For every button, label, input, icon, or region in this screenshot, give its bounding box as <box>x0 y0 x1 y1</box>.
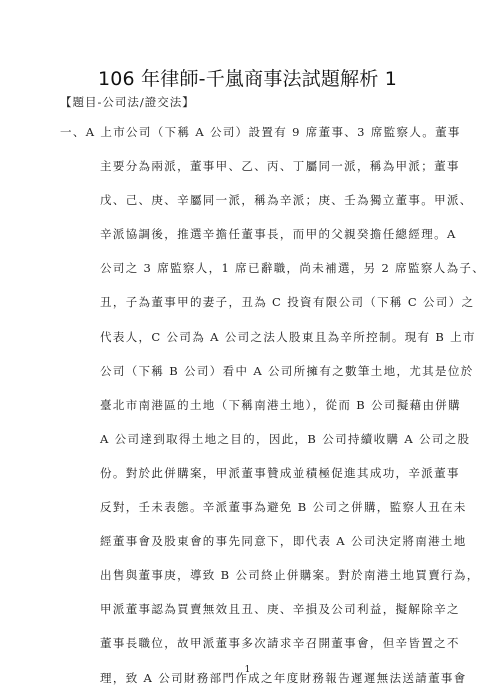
question-line: 臺北市南港區的土地（下稱南港土地），從而 B 公司擬藉由併購 <box>60 395 425 429</box>
document-page: 106 年律師-千嵐商事法試題解析 1 【題目-公司法/證交法】 一、A 上市公… <box>0 0 495 700</box>
question-body: 一、A 上市公司（下稱 A 公司）設置有 9 席董事、3 席監察人。董事 主要分… <box>60 122 425 700</box>
question-line: 公司之 3 席監察人，1 席已辭職，尚未補選，另 2 席監察人為子、 <box>60 258 425 292</box>
question-line: 董事長職位，故甲派董事多次請求辛召開董事會，但辛皆置之不 <box>60 633 425 667</box>
question-line: 公司（下稱 B 公司）看中 A 公司所擁有之數筆土地，尤其是位於 <box>60 361 425 395</box>
question-line: 甲派董事認為買賣無效且丑、庚、辛損及公司利益，擬解除辛之 <box>60 599 425 633</box>
document-title: 106 年律師-千嵐商事法試題解析 1 <box>0 66 495 92</box>
question-line: 一、A 上市公司（下稱 A 公司）設置有 9 席董事、3 席監察人。董事 <box>60 122 425 156</box>
page-number: 1 <box>0 665 495 675</box>
question-line: 份。對於此併購案，甲派董事贊成並積極促進其成功，辛派董事 <box>60 463 425 497</box>
question-line: 主要分為兩派，董事甲、乙、丙、丁屬同一派，稱為甲派；董事 <box>60 156 425 190</box>
question-category-heading: 【題目-公司法/證交法】 <box>60 94 195 110</box>
question-line: 代表人，C 公司為 A 公司之法人股東且為辛所控制。現有 B 上市 <box>60 327 425 361</box>
question-line: 出售與董事庚，導致 B 公司終止併購案。對於南港土地買賣行為， <box>60 565 425 599</box>
question-line: 丑，子為董事甲的妻子，丑為 C 投資有限公司（下稱 C 公司）之 <box>60 292 425 326</box>
question-line: 辛派協調後，推選辛擔任董事長，而甲的父親癸擔任總經理。A <box>60 224 425 258</box>
question-line: 經董事會及股東會的事先同意下，即代表 A 公司決定將南港土地 <box>60 531 425 565</box>
question-line: 反對，壬未表態。辛派董事為避免 B 公司之併購，監察人丑在未 <box>60 497 425 531</box>
question-line: 戊、己、庚、辛屬同一派，稱為辛派；庚、壬為獨立董事。甲派、 <box>60 190 425 224</box>
question-line: A 公司達到取得土地之目的，因此，B 公司持續收購 A 公司之股 <box>60 429 425 463</box>
